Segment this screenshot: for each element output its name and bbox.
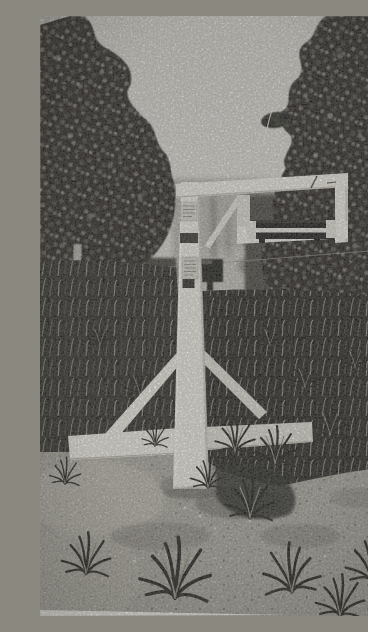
- photograph: [40, 16, 368, 616]
- vignette: [40, 16, 368, 616]
